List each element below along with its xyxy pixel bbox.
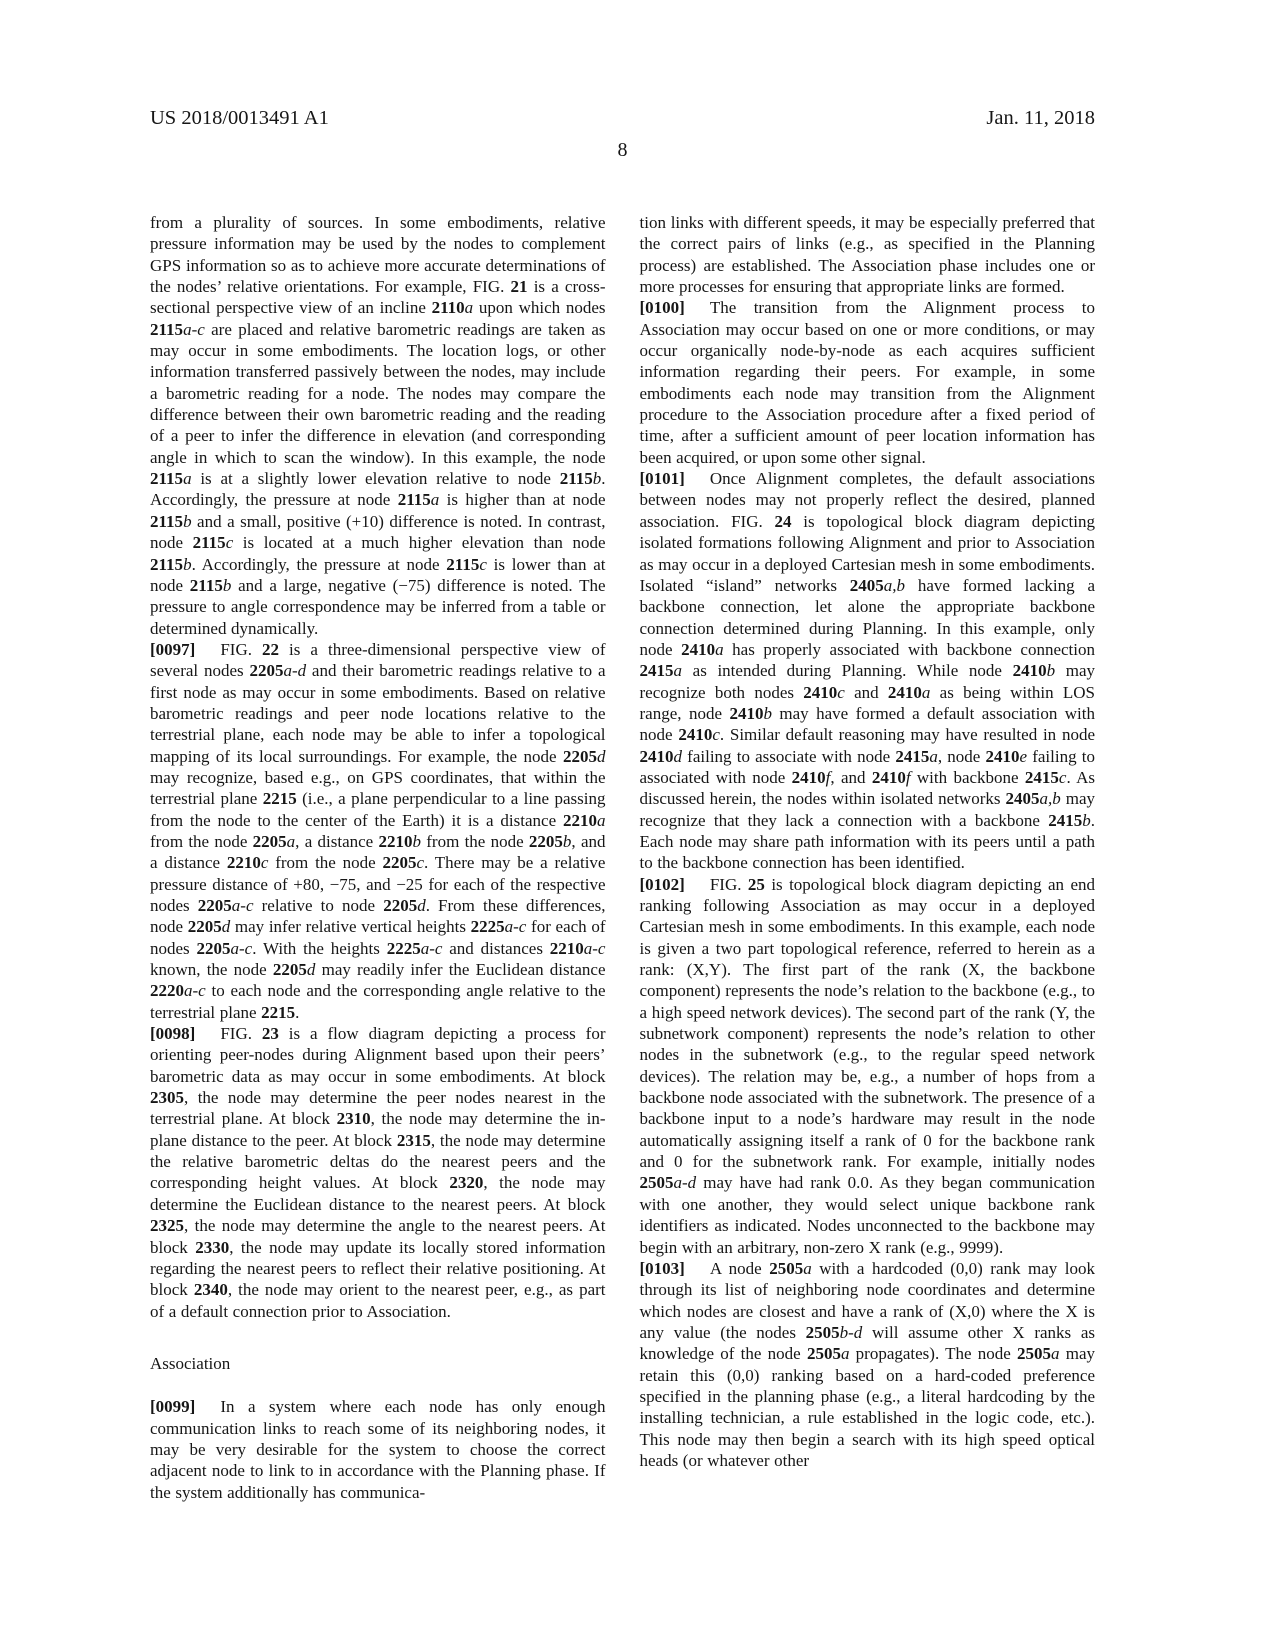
paragraph-text: A node 2505a with a hardcoded (0,0) rank… — [640, 1259, 1096, 1470]
paragraph-number-tag: [0101] — [640, 469, 710, 488]
paragraph-number-tag: [0100] — [640, 298, 710, 317]
paragraph-0101: [0101]Once Alignment completes, the defa… — [640, 468, 1096, 874]
patent-page: US 2018/0013491 A1 Jan. 11, 2018 8 from … — [0, 0, 1275, 1650]
paragraph-0100: [0100]The transition from the Alignment … — [640, 297, 1096, 468]
paragraph-0097: [0097]FIG. 22 is a three-dimensional per… — [150, 639, 606, 1023]
section-heading-association: Association — [150, 1353, 606, 1374]
left-column: from a plurality of sources. In some emb… — [150, 212, 606, 1503]
page-number: 8 — [150, 139, 1095, 162]
paragraph-text: The transition from the Alignment proces… — [640, 298, 1096, 466]
paragraph-text: FIG. 23 is a flow diagram depicting a pr… — [150, 1024, 606, 1320]
publication-date: Jan. 11, 2018 — [986, 106, 1095, 130]
paragraph-0099: [0099]In a system where each node has on… — [150, 1396, 606, 1503]
paragraph-continuation-right: tion links with different speeds, it may… — [640, 212, 1096, 297]
paragraph-number-tag: [0098] — [150, 1024, 220, 1043]
paragraph-text: tion links with different speeds, it may… — [640, 213, 1096, 296]
paragraph-0102: [0102]FIG. 25 is topological block diagr… — [640, 874, 1096, 1258]
paragraph-0103: [0103]A node 2505a with a hardcoded (0,0… — [640, 1258, 1096, 1471]
paragraph-number-tag: [0099] — [150, 1397, 220, 1416]
paragraph-text: from a plurality of sources. In some emb… — [150, 213, 606, 638]
paragraph-text: FIG. 22 is a three-dimensional perspecti… — [150, 640, 606, 1022]
paragraph-0098: [0098]FIG. 23 is a flow diagram depictin… — [150, 1023, 606, 1322]
paragraph-number-tag: [0097] — [150, 640, 220, 659]
paragraph-number-tag: [0102] — [640, 875, 710, 894]
patent-publication-number: US 2018/0013491 A1 — [150, 106, 329, 130]
right-column: tion links with different speeds, it may… — [640, 212, 1096, 1503]
document-body: from a plurality of sources. In some emb… — [150, 212, 1095, 1503]
paragraph-text: Once Alignment completes, the default as… — [640, 469, 1096, 872]
paragraph-text: FIG. 25 is topological block diagram dep… — [640, 875, 1096, 1257]
paragraph-continuation-left: from a plurality of sources. In some emb… — [150, 212, 606, 639]
page-header: US 2018/0013491 A1 Jan. 11, 2018 — [150, 106, 1095, 130]
paragraph-number-tag: [0103] — [640, 1259, 710, 1278]
